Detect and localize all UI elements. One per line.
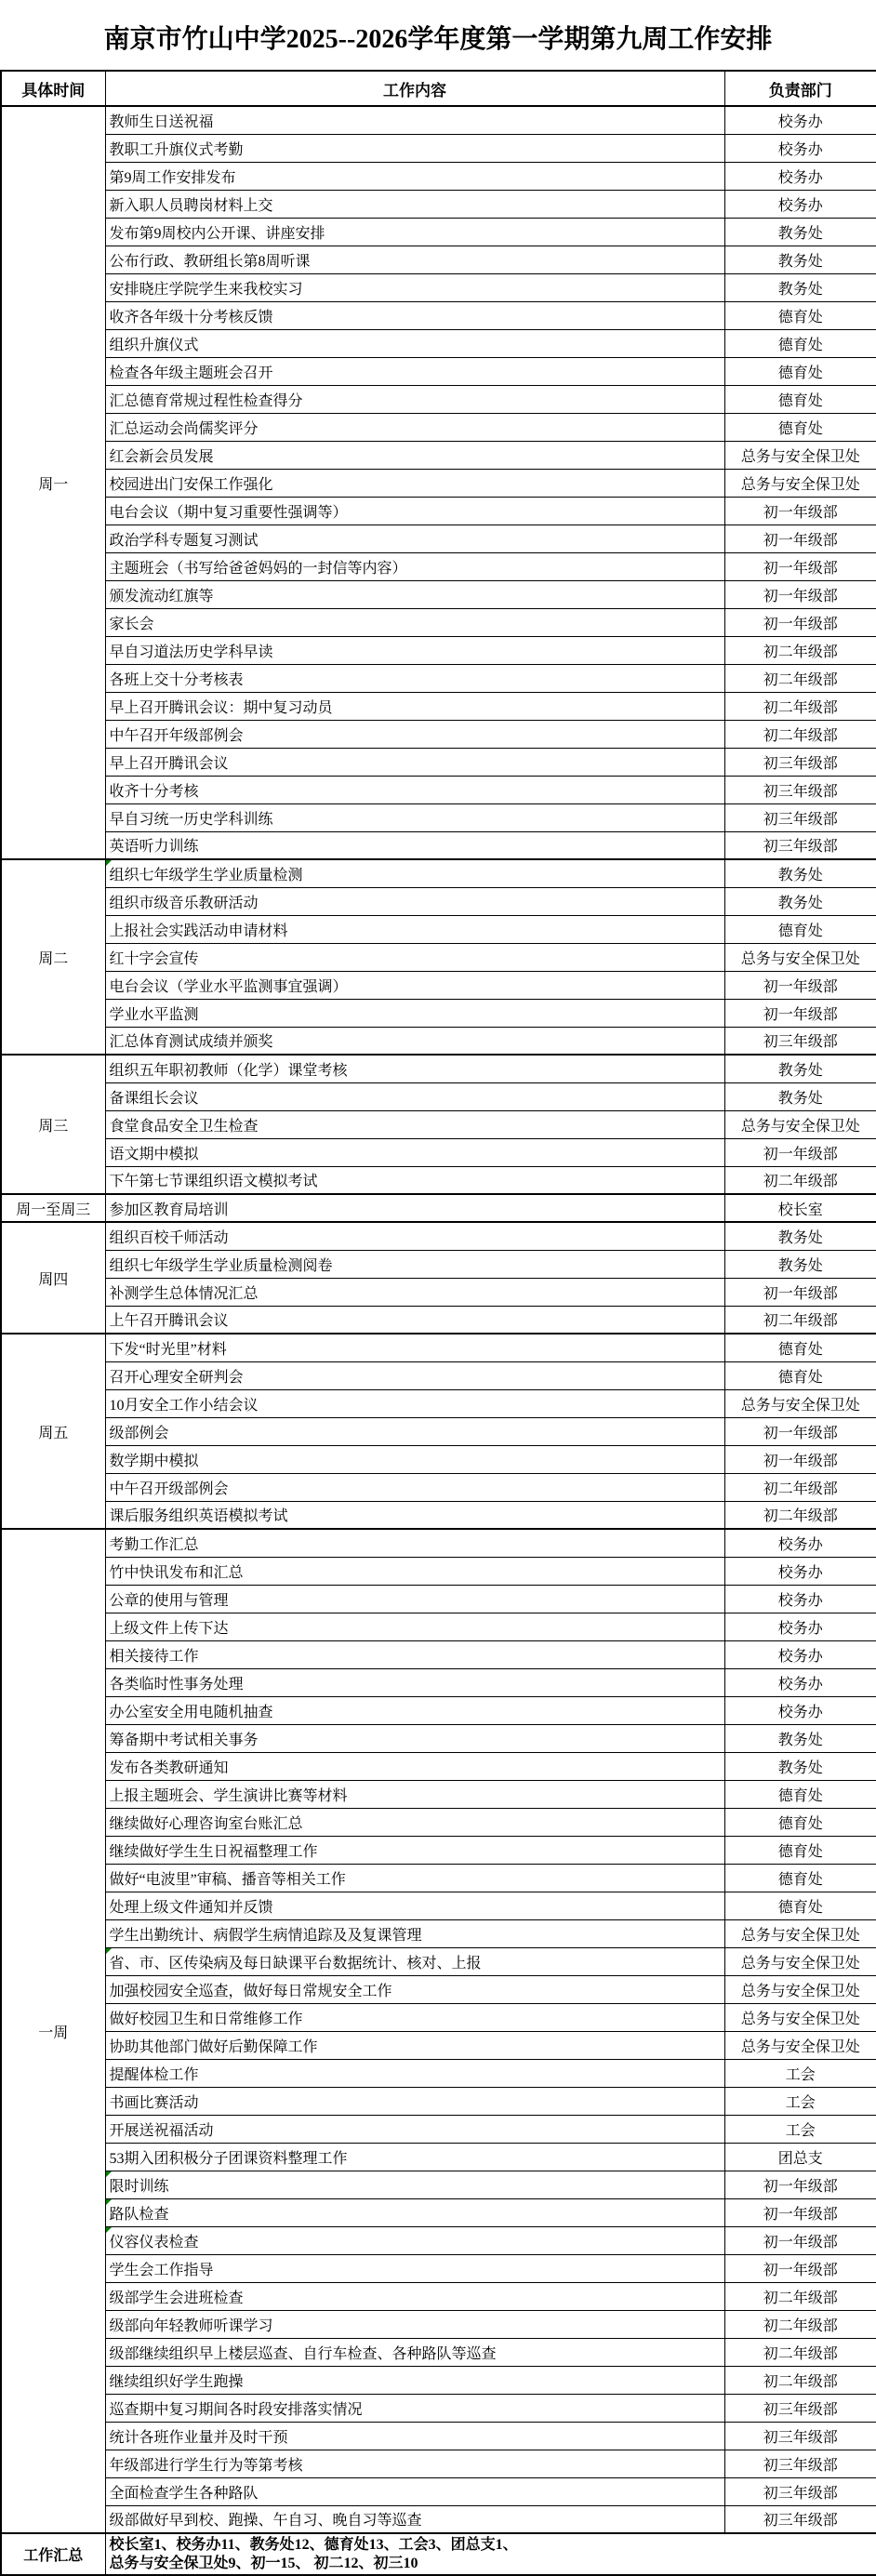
table-row: 省、市、区传染病及每日缺课平台数据统计、核对、上报总务与安全保卫处 — [1, 1947, 876, 1975]
work-content-cell: 处理上级文件通知并反馈 — [105, 1892, 724, 1919]
work-content-cell: 收齐各年级十分考核反馈 — [105, 301, 724, 329]
table-row: 上报社会实践活动申请材料德育处 — [1, 915, 876, 943]
department-cell: 总务与安全保卫处 — [724, 1389, 876, 1417]
table-row: 语文期中模拟初一年级部 — [1, 1138, 876, 1166]
department-cell: 德育处 — [724, 1836, 876, 1864]
department-cell: 初二年级部 — [724, 1473, 876, 1501]
work-content-cell: 继续做好心理咨询室台账汇总 — [105, 1808, 724, 1836]
department-cell: 初一年级部 — [724, 608, 876, 636]
work-content-cell: 汇总运动会尚儒奖评分 — [105, 413, 724, 441]
department-cell: 总务与安全保卫处 — [724, 1947, 876, 1975]
work-content-cell: 继续做好学生生日祝福整理工作 — [105, 1836, 724, 1864]
work-content-cell: 级部向年轻教师听课学习 — [105, 2310, 724, 2338]
work-content-cell: 汇总体育测试成绩并颁奖 — [105, 1027, 724, 1055]
department-cell: 总务与安全保卫处 — [724, 1919, 876, 1947]
table-row: 早上召开腾讯会议：期中复习动员初二年级部 — [1, 692, 876, 720]
table-row: 各类临时性事务处理校务办 — [1, 1668, 876, 1696]
department-cell: 初三年级部 — [724, 2422, 876, 2450]
time-label: 周四 — [1, 1222, 105, 1334]
department-cell: 初二年级部 — [724, 720, 876, 748]
department-cell: 初三年级部 — [724, 831, 876, 859]
table-row: 颁发流动红旗等初一年级部 — [1, 580, 876, 608]
table-row: 一周考勤工作汇总校务办 — [1, 1529, 876, 1557]
work-content-cell: 学生会工作指导 — [105, 2254, 724, 2282]
department-cell: 初一年级部 — [724, 552, 876, 580]
department-cell: 教务处 — [724, 218, 876, 246]
work-content-cell: 组织市级音乐教研活动 — [105, 887, 724, 915]
work-content-cell: 电台会议（学业水平监测事宜强调） — [105, 971, 724, 999]
table-row: 级部学生会进班检查初二年级部 — [1, 2282, 876, 2310]
time-label: 一周 — [1, 1529, 105, 2533]
table-row: 组织市级音乐教研活动教务处 — [1, 887, 876, 915]
table-row: 开展送祝福活动工会 — [1, 2115, 876, 2143]
department-cell: 校务办 — [724, 1696, 876, 1724]
department-cell: 总务与安全保卫处 — [724, 441, 876, 469]
department-cell: 德育处 — [724, 1892, 876, 1919]
department-cell: 初一年级部 — [724, 1278, 876, 1306]
table-row: 教职工升旗仪式考勤校务办 — [1, 134, 876, 162]
work-content-cell: 中午召开级部例会 — [105, 1473, 724, 1501]
table-row: 汇总运动会尚儒奖评分德育处 — [1, 413, 876, 441]
department-cell: 初一年级部 — [724, 1445, 876, 1473]
table-row: 周五下发“时光里”材料德育处 — [1, 1334, 876, 1361]
department-cell: 初三年级部 — [724, 2450, 876, 2477]
work-content-cell: 做好“电波里”审稿、播音等相关工作 — [105, 1864, 724, 1892]
work-content-cell: 全面检查学生各种路队 — [105, 2477, 724, 2505]
table-row: 相关接待工作校务办 — [1, 1640, 876, 1668]
table-row: 上午召开腾讯会议初二年级部 — [1, 1306, 876, 1334]
table-row: 组织七年级学生学业质量检测阅卷教务处 — [1, 1250, 876, 1278]
table-row: 周三组织五年职初教师（化学）课堂考核教务处 — [1, 1055, 876, 1082]
work-content-cell: 级部做好早到校、跑操、午自习、晚自习等巡查 — [105, 2505, 724, 2533]
department-cell: 校务办 — [724, 1585, 876, 1613]
table-row: 上级文件上传下达校务办 — [1, 1613, 876, 1640]
department-cell: 德育处 — [724, 915, 876, 943]
work-content-cell: 中午召开年级部例会 — [105, 720, 724, 748]
department-cell: 德育处 — [724, 1334, 876, 1361]
work-content-cell: 教职工升旗仪式考勤 — [105, 134, 724, 162]
table-row: 早自习统一历史学科训练初三年级部 — [1, 803, 876, 831]
work-content-cell: 公布行政、教研组长第8周听课 — [105, 246, 724, 273]
work-content-cell: 上级文件上传下达 — [105, 1613, 724, 1640]
schedule-table: 具体时间 工作内容 负责部门 周一教师生日送祝福校务办教职工升旗仪式考勤校务办第… — [0, 70, 876, 2576]
work-content-cell: 考勤工作汇总 — [105, 1529, 724, 1557]
table-row: 第9周工作安排发布校务办 — [1, 162, 876, 190]
time-label: 周三 — [1, 1055, 105, 1194]
work-content-cell: 省、市、区传染病及每日缺课平台数据统计、核对、上报 — [105, 1947, 724, 1975]
work-content-cell: 限时训练 — [105, 2171, 724, 2198]
work-content-cell: 路队检查 — [105, 2198, 724, 2226]
table-row: 办公室安全用电随机抽查校务办 — [1, 1696, 876, 1724]
work-content-cell: 家长会 — [105, 608, 724, 636]
work-content-cell: 发布各类教研通知 — [105, 1752, 724, 1780]
work-content-cell: 红会新会员发展 — [105, 441, 724, 469]
table-row: 周一至周三参加区教育局培训校长室 — [1, 1194, 876, 1222]
department-cell: 初三年级部 — [724, 803, 876, 831]
table-row: 学生会工作指导初一年级部 — [1, 2254, 876, 2282]
page-title: 南京市竹山中学2025--2026学年度第一学期第九周工作安排 — [0, 0, 876, 70]
work-content-cell: 政治学科专题复习测试 — [105, 524, 724, 552]
department-cell: 教务处 — [724, 1222, 876, 1250]
department-cell: 初二年级部 — [724, 2338, 876, 2366]
department-cell: 校务办 — [724, 190, 876, 218]
table-row: 级部向年轻教师听课学习初二年级部 — [1, 2310, 876, 2338]
table-row: 处理上级文件通知并反馈德育处 — [1, 1892, 876, 1919]
work-content-cell: 级部继续组织早上楼层巡查、自行车检查、各种路队等巡查 — [105, 2338, 724, 2366]
cell-comment-marker — [106, 2171, 112, 2177]
table-row: 上报主题班会、学生演讲比赛等材料德育处 — [1, 1780, 876, 1808]
work-content-cell: 参加区教育局培训 — [105, 1194, 724, 1222]
table-row: 校园进出门安保工作强化总务与安全保卫处 — [1, 469, 876, 497]
table-row: 统计各班作业量并及时干预初三年级部 — [1, 2422, 876, 2450]
department-cell: 德育处 — [724, 357, 876, 385]
cell-comment-marker — [106, 1948, 112, 1954]
table-row: 电台会议（期中复习重要性强调等）初一年级部 — [1, 497, 876, 524]
work-content-cell: 召开心理安全研判会 — [105, 1361, 724, 1389]
table-row: 发布各类教研通知教务处 — [1, 1752, 876, 1780]
work-content-cell: 学生出勤统计、病假学生病情追踪及及复课管理 — [105, 1919, 724, 1947]
work-content-cell: 早自习道法历史学科早读 — [105, 636, 724, 664]
department-cell: 初一年级部 — [724, 1417, 876, 1445]
department-cell: 校务办 — [724, 1613, 876, 1640]
table-row: 课后服务组织英语模拟考试初二年级部 — [1, 1501, 876, 1529]
cell-comment-marker — [106, 2227, 112, 2233]
work-content-cell: 组织七年级学生学业质量检测阅卷 — [105, 1250, 724, 1278]
time-label: 周一至周三 — [1, 1194, 105, 1222]
table-row: 继续做好心理咨询室台账汇总德育处 — [1, 1808, 876, 1836]
work-content-cell: 课后服务组织英语模拟考试 — [105, 1501, 724, 1529]
table-row: 新入职人员聘岗材料上交校务办 — [1, 190, 876, 218]
department-cell: 初二年级部 — [724, 2310, 876, 2338]
department-cell: 校务办 — [724, 162, 876, 190]
table-row: 红会新会员发展总务与安全保卫处 — [1, 441, 876, 469]
time-label: 周二 — [1, 859, 105, 1055]
work-content-cell: 安排晓庄学院学生来我校实习 — [105, 273, 724, 301]
table-row: 收齐十分考核初三年级部 — [1, 776, 876, 803]
table-row: 电台会议（学业水平监测事宜强调）初一年级部 — [1, 971, 876, 999]
work-content-cell: 英语听力训练 — [105, 831, 724, 859]
department-cell: 初一年级部 — [724, 524, 876, 552]
department-cell: 总务与安全保卫处 — [724, 943, 876, 971]
department-cell: 团总支 — [724, 2143, 876, 2171]
table-row: 汇总德育常规过程性检查得分德育处 — [1, 385, 876, 413]
work-content-cell: 早上召开腾讯会议 — [105, 748, 724, 776]
table-row: 组织升旗仪式德育处 — [1, 329, 876, 357]
work-content-cell: 早自习统一历史学科训练 — [105, 803, 724, 831]
summary-label: 工作汇总 — [1, 2533, 105, 2575]
department-cell: 初三年级部 — [724, 2394, 876, 2422]
work-content-cell: 补测学生总体情况汇总 — [105, 1278, 724, 1306]
table-row: 主题班会（书写给爸爸妈妈的一封信等内容）初一年级部 — [1, 552, 876, 580]
table-row: 学业水平监测初一年级部 — [1, 999, 876, 1027]
department-cell: 总务与安全保卫处 — [724, 469, 876, 497]
department-cell: 校务办 — [724, 1640, 876, 1668]
department-cell: 德育处 — [724, 1864, 876, 1892]
table-row: 安排晓庄学院学生来我校实习教务处 — [1, 273, 876, 301]
table-row: 公章的使用与管理校务办 — [1, 1585, 876, 1613]
work-content-cell: 第9周工作安排发布 — [105, 162, 724, 190]
department-cell: 初三年级部 — [724, 1027, 876, 1055]
table-row: 家长会初一年级部 — [1, 608, 876, 636]
work-content-cell: 竹中快讯发布和汇总 — [105, 1557, 724, 1585]
cell-comment-marker — [106, 2199, 112, 2205]
work-content-cell: 备课组长会议 — [105, 1082, 724, 1110]
table-row: 中午召开级部例会初二年级部 — [1, 1473, 876, 1501]
work-content-cell: 开展送祝福活动 — [105, 2115, 724, 2143]
work-content-cell: 书画比赛活动 — [105, 2087, 724, 2115]
department-cell: 初二年级部 — [724, 1501, 876, 1529]
department-cell: 教务处 — [724, 1082, 876, 1110]
work-content-cell: 主题班会（书写给爸爸妈妈的一封信等内容） — [105, 552, 724, 580]
work-content-cell: 红十字会宣传 — [105, 943, 724, 971]
table-row: 限时训练初一年级部 — [1, 2171, 876, 2198]
department-cell: 初一年级部 — [724, 497, 876, 524]
summary-content: 校长室1、校务办11、教务处12、德育处13、工会3、团总支1、 总务与安全保卫… — [105, 2533, 876, 2575]
work-content-cell: 相关接待工作 — [105, 1640, 724, 1668]
column-header-department: 负责部门 — [724, 71, 876, 106]
work-content-cell: 新入职人员聘岗材料上交 — [105, 190, 724, 218]
table-row: 53期入团积极分子团课资料整理工作团总支 — [1, 2143, 876, 2171]
work-content-cell: 教师生日送祝福 — [105, 106, 724, 134]
summary-row: 工作汇总 校长室1、校务办11、教务处12、德育处13、工会3、团总支1、 总务… — [1, 2533, 876, 2575]
table-row: 仪容仪表检查初一年级部 — [1, 2226, 876, 2254]
table-row: 学生出勤统计、病假学生病情追踪及及复课管理总务与安全保卫处 — [1, 1919, 876, 1947]
work-content-cell: 筹备期中考试相关事务 — [105, 1724, 724, 1752]
table-row: 红十字会宣传总务与安全保卫处 — [1, 943, 876, 971]
department-cell: 德育处 — [724, 413, 876, 441]
work-content-cell: 协助其他部门做好后勤保障工作 — [105, 2031, 724, 2059]
department-cell: 初三年级部 — [724, 2505, 876, 2533]
work-content-cell: 继续组织好学生跑操 — [105, 2366, 724, 2394]
work-content-cell: 统计各班作业量并及时干预 — [105, 2422, 724, 2450]
department-cell: 总务与安全保卫处 — [724, 2031, 876, 2059]
department-cell: 校长室 — [724, 1194, 876, 1222]
department-cell: 初一年级部 — [724, 971, 876, 999]
department-cell: 初三年级部 — [724, 2477, 876, 2505]
department-cell: 初三年级部 — [724, 748, 876, 776]
department-cell: 初一年级部 — [724, 999, 876, 1027]
department-cell: 初二年级部 — [724, 1166, 876, 1194]
table-row: 备课组长会议教务处 — [1, 1082, 876, 1110]
table-row: 级部做好早到校、跑操、午自习、晚自习等巡查初三年级部 — [1, 2505, 876, 2533]
department-cell: 教务处 — [724, 1055, 876, 1082]
column-header-time: 具体时间 — [1, 71, 105, 106]
summary-line-1: 校长室1、校务办11、教务处12、德育处13、工会3、团总支1、 — [110, 2536, 873, 2555]
department-cell: 德育处 — [724, 385, 876, 413]
table-row: 竹中快讯发布和汇总校务办 — [1, 1557, 876, 1585]
work-content-cell: 年级部进行学生行为等第考核 — [105, 2450, 724, 2477]
department-cell: 教务处 — [724, 273, 876, 301]
work-content-cell: 早上召开腾讯会议：期中复习动员 — [105, 692, 724, 720]
schedule-body: 周一教师生日送祝福校务办教职工升旗仪式考勤校务办第9周工作安排发布校务办新入职人… — [1, 106, 876, 2533]
table-row: 早自习道法历史学科早读初二年级部 — [1, 636, 876, 664]
department-cell: 总务与安全保卫处 — [724, 1110, 876, 1138]
work-content-cell: 收齐十分考核 — [105, 776, 724, 803]
table-row: 周四组织百校千师活动教务处 — [1, 1222, 876, 1250]
table-row: 巡查期中复习期间各时段安排落实情况初三年级部 — [1, 2394, 876, 2422]
work-content-cell: 10月安全工作小结会议 — [105, 1389, 724, 1417]
department-cell: 初一年级部 — [724, 1138, 876, 1166]
table-row: 10月安全工作小结会议总务与安全保卫处 — [1, 1389, 876, 1417]
table-row: 公布行政、教研组长第8周听课教务处 — [1, 246, 876, 273]
table-row: 协助其他部门做好后勤保障工作总务与安全保卫处 — [1, 2031, 876, 2059]
work-content-cell: 各班上交十分考核表 — [105, 664, 724, 692]
summary-line-2: 总务与安全保卫处9、初一15、 初二12、初三10 — [110, 2555, 873, 2573]
department-cell: 工会 — [724, 2115, 876, 2143]
department-cell: 校务办 — [724, 106, 876, 134]
work-content-cell: 颁发流动红旗等 — [105, 580, 724, 608]
table-row: 继续组织好学生跑操初二年级部 — [1, 2366, 876, 2394]
department-cell: 工会 — [724, 2087, 876, 2115]
department-cell: 校务办 — [724, 1668, 876, 1696]
table-row: 全面检查学生各种路队初三年级部 — [1, 2477, 876, 2505]
department-cell: 初二年级部 — [724, 692, 876, 720]
header-row: 具体时间 工作内容 负责部门 — [1, 71, 876, 106]
department-cell: 初二年级部 — [724, 636, 876, 664]
department-cell: 德育处 — [724, 329, 876, 357]
department-cell: 初二年级部 — [724, 1306, 876, 1334]
department-cell: 校务办 — [724, 1557, 876, 1585]
department-cell: 校务办 — [724, 1529, 876, 1557]
department-cell: 教务处 — [724, 246, 876, 273]
table-row: 级部继续组织早上楼层巡查、自行车检查、各种路队等巡查初二年级部 — [1, 2338, 876, 2366]
time-label: 周五 — [1, 1334, 105, 1529]
work-content-cell: 学业水平监测 — [105, 999, 724, 1027]
department-cell: 德育处 — [724, 1361, 876, 1389]
work-content-cell: 各类临时性事务处理 — [105, 1668, 724, 1696]
department-cell: 德育处 — [724, 1780, 876, 1808]
table-row: 路队检查初一年级部 — [1, 2198, 876, 2226]
table-row: 做好“电波里”审稿、播音等相关工作德育处 — [1, 1864, 876, 1892]
work-content-cell: 做好校园卫生和日常维修工作 — [105, 2003, 724, 2031]
table-row: 加强校园安全巡查，做好每日常规安全工作总务与安全保卫处 — [1, 1975, 876, 2003]
department-cell: 初一年级部 — [724, 2198, 876, 2226]
table-row: 周二组织七年级学生学业质量检测教务处 — [1, 859, 876, 887]
department-cell: 总务与安全保卫处 — [724, 1975, 876, 2003]
table-row: 召开心理安全研判会德育处 — [1, 1361, 876, 1389]
work-content-cell: 53期入团积极分子团课资料整理工作 — [105, 2143, 724, 2171]
work-content-cell: 数学期中模拟 — [105, 1445, 724, 1473]
table-row: 收齐各年级十分考核反馈德育处 — [1, 301, 876, 329]
work-content-cell: 组织七年级学生学业质量检测 — [105, 859, 724, 887]
department-cell: 校务办 — [724, 134, 876, 162]
work-content-cell: 办公室安全用电随机抽查 — [105, 1696, 724, 1724]
department-cell: 初二年级部 — [724, 2366, 876, 2394]
table-row: 各班上交十分考核表初二年级部 — [1, 664, 876, 692]
work-content-cell: 检查各年级主题班会召开 — [105, 357, 724, 385]
department-cell: 德育处 — [724, 301, 876, 329]
work-content-cell: 组织百校千师活动 — [105, 1222, 724, 1250]
department-cell: 德育处 — [724, 1808, 876, 1836]
table-row: 早上召开腾讯会议初三年级部 — [1, 748, 876, 776]
work-content-cell: 巡查期中复习期间各时段安排落实情况 — [105, 2394, 724, 2422]
work-content-cell: 上午召开腾讯会议 — [105, 1306, 724, 1334]
department-cell: 工会 — [724, 2059, 876, 2087]
table-row: 下午第七节课组织语文模拟考试初二年级部 — [1, 1166, 876, 1194]
work-content-cell: 下午第七节课组织语文模拟考试 — [105, 1166, 724, 1194]
department-cell: 初一年级部 — [724, 2254, 876, 2282]
work-content-cell: 食堂食品安全卫生检查 — [105, 1110, 724, 1138]
worksheet-page: 南京市竹山中学2025--2026学年度第一学期第九周工作安排 具体时间 工作内… — [0, 0, 876, 2576]
department-cell: 教务处 — [724, 1752, 876, 1780]
department-cell: 初二年级部 — [724, 2282, 876, 2310]
table-row: 继续做好学生生日祝福整理工作德育处 — [1, 1836, 876, 1864]
table-row: 年级部进行学生行为等第考核初三年级部 — [1, 2450, 876, 2477]
work-content-cell: 级部例会 — [105, 1417, 724, 1445]
department-cell: 初一年级部 — [724, 2171, 876, 2198]
department-cell: 总务与安全保卫处 — [724, 2003, 876, 2031]
work-content-cell: 加强校园安全巡查，做好每日常规安全工作 — [105, 1975, 724, 2003]
work-content-cell: 下发“时光里”材料 — [105, 1334, 724, 1361]
table-row: 检查各年级主题班会召开德育处 — [1, 357, 876, 385]
department-cell: 初二年级部 — [724, 664, 876, 692]
work-content-cell: 语文期中模拟 — [105, 1138, 724, 1166]
department-cell: 教务处 — [724, 1250, 876, 1278]
work-content-cell: 电台会议（期中复习重要性强调等） — [105, 497, 724, 524]
table-row: 发布第9周校内公开课、讲座安排教务处 — [1, 218, 876, 246]
table-row: 汇总体育测试成绩并颁奖初三年级部 — [1, 1027, 876, 1055]
cell-comment-marker — [106, 860, 112, 866]
department-cell: 教务处 — [724, 887, 876, 915]
department-cell: 教务处 — [724, 859, 876, 887]
department-cell: 初三年级部 — [724, 776, 876, 803]
work-content-cell: 组织升旗仪式 — [105, 329, 724, 357]
table-row: 提醒体检工作工会 — [1, 2059, 876, 2087]
work-content-cell: 公章的使用与管理 — [105, 1585, 724, 1613]
table-row: 中午召开年级部例会初二年级部 — [1, 720, 876, 748]
department-cell: 初一年级部 — [724, 580, 876, 608]
table-row: 政治学科专题复习测试初一年级部 — [1, 524, 876, 552]
table-row: 做好校园卫生和日常维修工作总务与安全保卫处 — [1, 2003, 876, 2031]
table-row: 周一教师生日送祝福校务办 — [1, 106, 876, 134]
work-content-cell: 发布第9周校内公开课、讲座安排 — [105, 218, 724, 246]
table-row: 补测学生总体情况汇总初一年级部 — [1, 1278, 876, 1306]
table-row: 食堂食品安全卫生检查总务与安全保卫处 — [1, 1110, 876, 1138]
table-row: 书画比赛活动工会 — [1, 2087, 876, 2115]
table-row: 级部例会初一年级部 — [1, 1417, 876, 1445]
department-cell: 初一年级部 — [724, 2226, 876, 2254]
work-content-cell: 上报社会实践活动申请材料 — [105, 915, 724, 943]
work-content-cell: 汇总德育常规过程性检查得分 — [105, 385, 724, 413]
department-cell: 教务处 — [724, 1724, 876, 1752]
work-content-cell: 级部学生会进班检查 — [105, 2282, 724, 2310]
work-content-cell: 提醒体检工作 — [105, 2059, 724, 2087]
table-row: 筹备期中考试相关事务教务处 — [1, 1724, 876, 1752]
time-label: 周一 — [1, 106, 105, 859]
work-content-cell: 上报主题班会、学生演讲比赛等材料 — [105, 1780, 724, 1808]
work-content-cell: 组织五年职初教师（化学）课堂考核 — [105, 1055, 724, 1082]
table-row: 英语听力训练初三年级部 — [1, 831, 876, 859]
column-header-content: 工作内容 — [105, 71, 724, 106]
work-content-cell: 仪容仪表检查 — [105, 2226, 724, 2254]
table-row: 数学期中模拟初一年级部 — [1, 1445, 876, 1473]
work-content-cell: 校园进出门安保工作强化 — [105, 469, 724, 497]
